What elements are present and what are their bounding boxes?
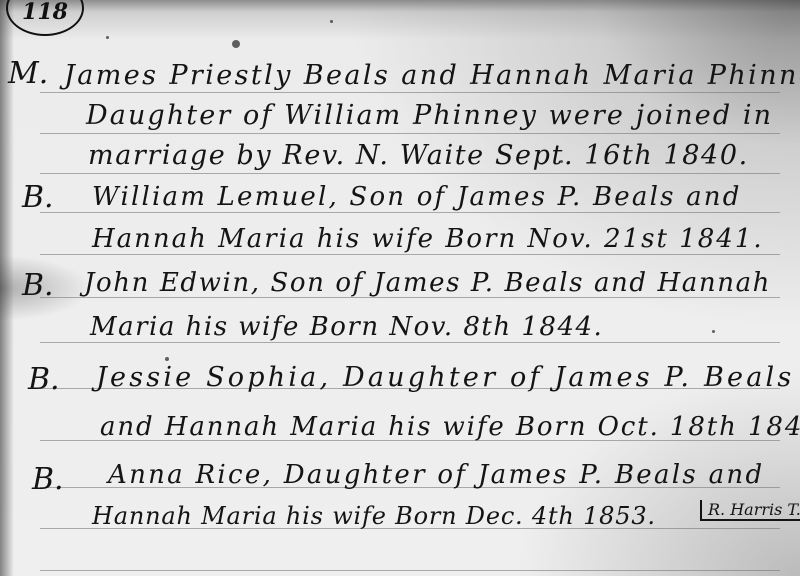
scan-speck	[560, 160, 563, 163]
entry-line: James Priestly Beals and Hannah Maria Ph…	[64, 60, 800, 91]
scan-speck	[330, 20, 333, 23]
entry-line: William Lemuel, Son of James P. Beals an…	[92, 182, 742, 212]
ruled-line	[40, 173, 780, 174]
ruled-line	[40, 133, 780, 134]
page-number: 118	[6, 0, 84, 36]
scan-speck	[106, 36, 109, 39]
entry-line: Daughter of William Phinney were joined …	[86, 100, 773, 131]
clerk-attestation: R. Harris T.C.	[700, 500, 800, 521]
entry-line: Hannah Maria his wife Born Nov. 21st 184…	[92, 224, 764, 254]
entry-marker: B.	[32, 462, 64, 497]
ruled-line	[40, 342, 780, 343]
entry-line: Jessie Sophia, Daughter of James P. Beal…	[96, 362, 794, 393]
ruled-line	[40, 254, 780, 255]
entry-line: Maria his wife Born Nov. 8th 1844.	[90, 312, 603, 342]
entry-marker: B.	[22, 180, 54, 215]
entry-line: John Edwin, Son of James P. Beals and Ha…	[84, 268, 771, 298]
ruled-line	[40, 570, 780, 571]
entry-marker: B.	[28, 362, 60, 397]
entry-line: and Hannah Maria his wife Born Oct. 18th…	[100, 412, 800, 442]
ruled-line	[40, 212, 780, 213]
scan-speck	[712, 330, 715, 333]
entry-line: marriage by Rev. N. Waite Sept. 16th 184…	[88, 140, 749, 171]
entry-marker: M.	[8, 56, 48, 91]
entry-line: Hannah Maria his wife Born Dec. 4th 1853…	[92, 502, 656, 530]
scan-speck	[232, 40, 240, 48]
entry-marker: B.	[22, 268, 54, 303]
scan-speck	[165, 357, 169, 361]
ruled-line	[40, 92, 780, 93]
entry-line: Anna Rice, Daughter of James P. Beals an…	[108, 460, 764, 490]
register-page: 118 M. James Priestly Beals and Hannah M…	[0, 0, 800, 576]
